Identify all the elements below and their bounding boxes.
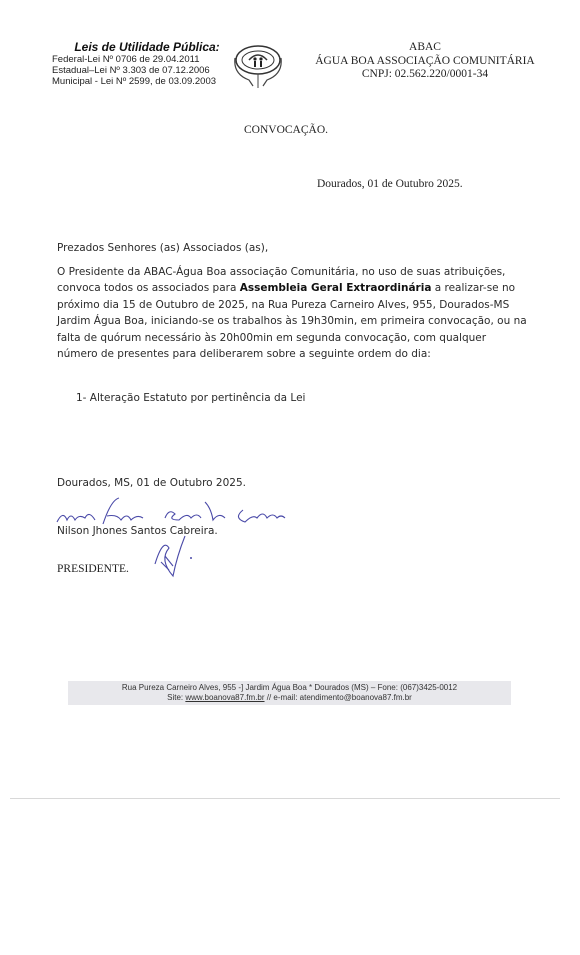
org-cnpj: CNPJ: 02.562.220/0001-34 bbox=[290, 68, 560, 82]
date-top: Dourados, 01 de Outubro 2025. bbox=[317, 178, 463, 190]
document-title: CONVOCAÇÃO. bbox=[244, 124, 328, 136]
footer-bar: Rua Pureza Carneiro Alves, 955 -] Jardim… bbox=[68, 681, 511, 705]
date-bottom: Dourados, MS, 01 de Outubro 2025. bbox=[57, 477, 246, 489]
page-divider bbox=[10, 798, 560, 799]
site-link[interactable]: www.boanova87.fm.br bbox=[185, 693, 264, 702]
signer-role: PRESIDENTE. bbox=[57, 563, 129, 575]
laws-title: Leis de Utilidade Pública: bbox=[52, 40, 242, 54]
body-paragraph: O Presidente da ABAC-Água Boa associação… bbox=[57, 264, 527, 362]
org-header: ABAC ÁGUA BOA ASSOCIAÇÃO COMUNITÁRIA CNP… bbox=[290, 41, 560, 82]
law-municipal: Municipal - Lei Nº 2599, de 03.09.2003 bbox=[52, 76, 242, 87]
agenda-item: 1- Alteração Estatuto por pertinência da… bbox=[76, 392, 305, 404]
association-logo-icon bbox=[231, 40, 285, 90]
footer-email: atendimento@boanova87.fm.br bbox=[300, 693, 412, 702]
footer-address: Rua Pureza Carneiro Alves, 955 -] Jardim… bbox=[68, 683, 511, 693]
signer-name: Nilson Jhones Santos Cabreira. bbox=[57, 525, 218, 537]
greeting: Prezados Senhores (as) Associados (as), bbox=[57, 242, 268, 254]
law-federal: Federal-Lei Nº 0706 de 29.04.2011 bbox=[52, 54, 242, 65]
org-short: ABAC bbox=[290, 41, 560, 55]
laws-block: Leis de Utilidade Pública: Federal-Lei N… bbox=[52, 40, 242, 87]
footer-contact: Site: www.boanova87.fm.br // e-mail: ate… bbox=[68, 693, 511, 703]
body-bold: Assembleia Geral Extraordinária bbox=[240, 282, 432, 294]
org-name: ÁGUA BOA ASSOCIAÇÃO COMUNITÁRIA bbox=[290, 55, 560, 69]
law-state: Estadual–Lei Nº 3.303 de 07.12.2006 bbox=[52, 65, 242, 76]
